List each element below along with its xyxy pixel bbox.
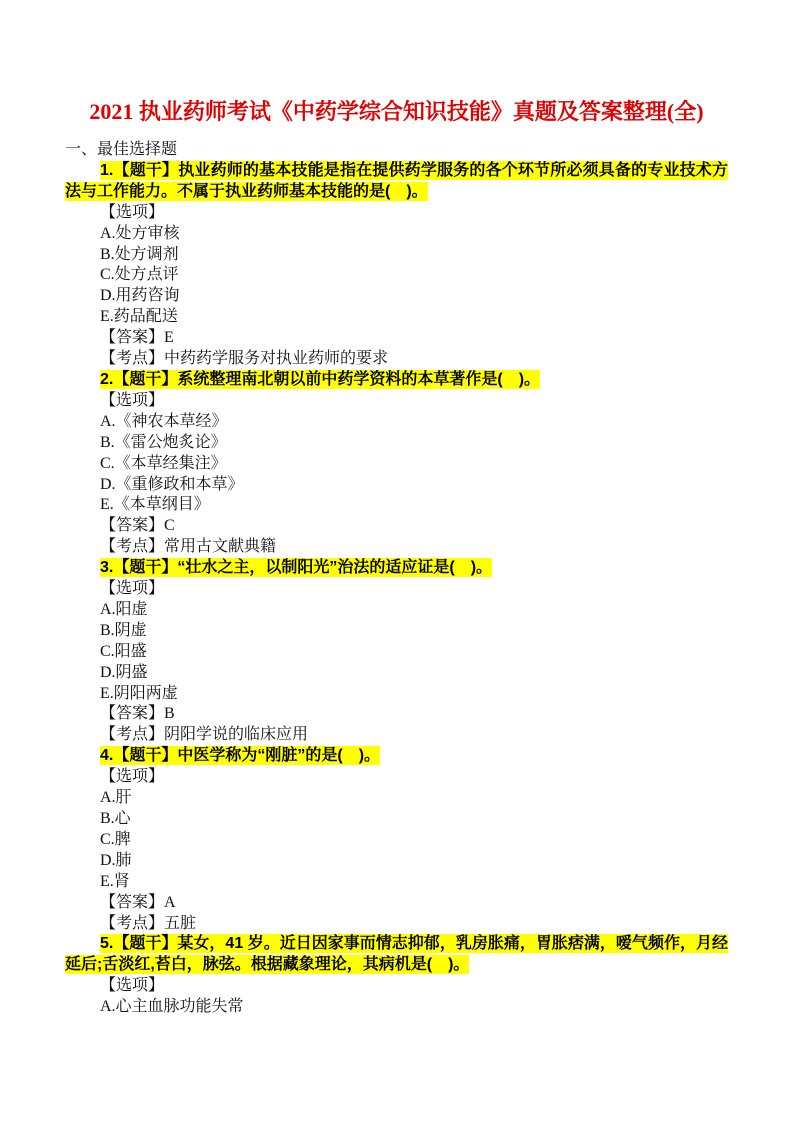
section-heading: 一、最佳选择题 (65, 140, 728, 161)
question-5-stem: 5.【题干】某女，41 岁。近日因家事而情志抑郁，乳房胀痛，胃胀痞满，嗳气频作，… (65, 934, 728, 976)
question-4-answer-line: 【答案】A (65, 893, 728, 914)
question-4-option-e: E.肾 (65, 872, 728, 893)
question-2-option-a: A.《神农本草经》 (65, 412, 728, 433)
question-3-option-d: D.阴盛 (65, 663, 728, 684)
question-4-option-a: A.肝 (65, 788, 728, 809)
question-3-option-a: A.阳虚 (65, 600, 728, 621)
question-2-option-e: E.《本草纲目》 (65, 495, 728, 516)
question-2-option-c: C.《本草经集注》 (65, 454, 728, 475)
question-1-option-b: B.处方调剂 (65, 245, 728, 266)
question-1-option-e: E.药品配送 (65, 307, 728, 328)
question-3-point-line: 【考点】阴阳学说的临床应用 (65, 725, 728, 746)
question-4-option-b: B.心 (65, 809, 728, 830)
point-label: 【考点】 (100, 538, 164, 555)
question-3-highlight: 3.【题干】“壮水之主，以制阳光”治法的适应证是( )。 (100, 558, 492, 577)
question-1-option-a: A.处方审核 (65, 224, 728, 245)
document-title: 2021 执业药师考试《中药学综合知识技能》真题及答案整理(全) (65, 98, 728, 126)
question-2-number: 2. (100, 371, 113, 388)
stem-label: 【题干】 (113, 747, 177, 764)
document-page: 2021 执业药师考试《中药学综合知识技能》真题及答案整理(全) 一、最佳选择题… (0, 0, 793, 1122)
question-5-number: 5. (100, 935, 113, 952)
question-2-point-line: 【考点】常用古文献典籍 (65, 537, 728, 558)
question-4-number: 4. (100, 747, 113, 764)
question-2-options-label: 【选项】 (65, 391, 728, 412)
stem-label: 【题干】 (113, 935, 177, 952)
question-1-stem: 1.【题干】执业药师的基本技能是指在提供药学服务的各个环节所必须具备的专业技术方… (65, 161, 728, 203)
point-label: 【考点】 (100, 915, 164, 932)
question-3-answer-line: 【答案】B (65, 704, 728, 725)
question-4-point-line: 【考点】五脏 (65, 914, 728, 935)
question-2-stem-text: 系统整理南北朝以前中药学资料的本草著作是( )。 (177, 371, 540, 388)
question-1-number: 1. (100, 162, 113, 179)
question-1-point-value: 中药药学服务对执业药师的要求 (164, 350, 388, 367)
point-label: 【考点】 (100, 350, 164, 367)
answer-label: 【答案】 (100, 329, 164, 346)
question-5: 5.【题干】某女，41 岁。近日因家事而情志抑郁，乳房胀痛，胃胀痞满，嗳气频作，… (65, 934, 728, 1018)
answer-label: 【答案】 (100, 894, 164, 911)
point-label: 【考点】 (100, 726, 164, 743)
question-2-highlight: 2.【题干】系统整理南北朝以前中药学资料的本草著作是( )。 (100, 370, 540, 389)
question-2-option-b: B.《雷公炮炙论》 (65, 433, 728, 454)
question-3-number: 3. (100, 559, 113, 576)
question-4-stem: 4.【题干】中医学称为“刚脏”的是( )。 (65, 746, 728, 767)
answer-label: 【答案】 (100, 517, 164, 534)
question-1-highlight: 1.【题干】执业药师的基本技能是指在提供药学服务的各个环节所必须具备的专业技术方… (65, 161, 728, 201)
question-4-option-d: D.肺 (65, 851, 728, 872)
question-3-option-c: C.阳盛 (65, 642, 728, 663)
question-4-options-label: 【选项】 (65, 767, 728, 788)
question-4-point-value: 五脏 (164, 915, 196, 932)
stem-label: 【题干】 (113, 162, 178, 179)
question-2: 2.【题干】系统整理南北朝以前中药学资料的本草著作是( )。 【选项】 A.《神… (65, 370, 728, 558)
question-1: 1.【题干】执业药师的基本技能是指在提供药学服务的各个环节所必须具备的专业技术方… (65, 161, 728, 370)
question-2-option-d: D.《重修政和本草》 (65, 475, 728, 496)
question-1-option-c: C.处方点评 (65, 265, 728, 286)
question-2-answer-line: 【答案】C (65, 516, 728, 537)
question-2-point-value: 常用古文献典籍 (164, 538, 276, 555)
question-4-highlight: 4.【题干】中医学称为“刚脏”的是( )。 (100, 746, 380, 765)
question-1-option-d: D.用药咨询 (65, 286, 728, 307)
question-3-point-value: 阴阳学说的临床应用 (164, 726, 308, 743)
question-3-answer-value: B (164, 705, 175, 722)
question-1-answer-line: 【答案】E (65, 328, 728, 349)
question-5-option-a: A.心主血脉功能失常 (65, 997, 728, 1018)
question-1-point-line: 【考点】中药药学服务对执业药师的要求 (65, 349, 728, 370)
question-3-stem: 3.【题干】“壮水之主，以制阳光”治法的适应证是( )。 (65, 558, 728, 579)
question-1-options-label: 【选项】 (65, 203, 728, 224)
question-4-stem-text: 中医学称为“刚脏”的是( )。 (177, 747, 380, 764)
question-3-option-e: E.阴阳两虚 (65, 684, 728, 705)
stem-label: 【题干】 (113, 371, 177, 388)
question-1-answer-value: E (164, 329, 174, 346)
question-4-answer-value: A (164, 894, 176, 911)
question-4: 4.【题干】中医学称为“刚脏”的是( )。 【选项】 A.肝 B.心 C.脾 D… (65, 746, 728, 934)
answer-label: 【答案】 (100, 705, 164, 722)
question-3: 3.【题干】“壮水之主，以制阳光”治法的适应证是( )。 【选项】 A.阳虚 B… (65, 558, 728, 746)
question-4-option-c: C.脾 (65, 830, 728, 851)
question-5-options-label: 【选项】 (65, 976, 728, 997)
stem-label: 【题干】 (113, 559, 177, 576)
question-2-stem: 2.【题干】系统整理南北朝以前中药学资料的本草著作是( )。 (65, 370, 728, 391)
question-3-option-b: B.阴虚 (65, 621, 728, 642)
question-3-options-label: 【选项】 (65, 579, 728, 600)
question-3-stem-text: “壮水之主，以制阳光”治法的适应证是( )。 (177, 559, 492, 576)
question-5-highlight: 5.【题干】某女，41 岁。近日因家事而情志抑郁，乳房胀痛，胃胀痞满，嗳气频作，… (65, 934, 728, 974)
question-2-answer-value: C (164, 517, 175, 534)
